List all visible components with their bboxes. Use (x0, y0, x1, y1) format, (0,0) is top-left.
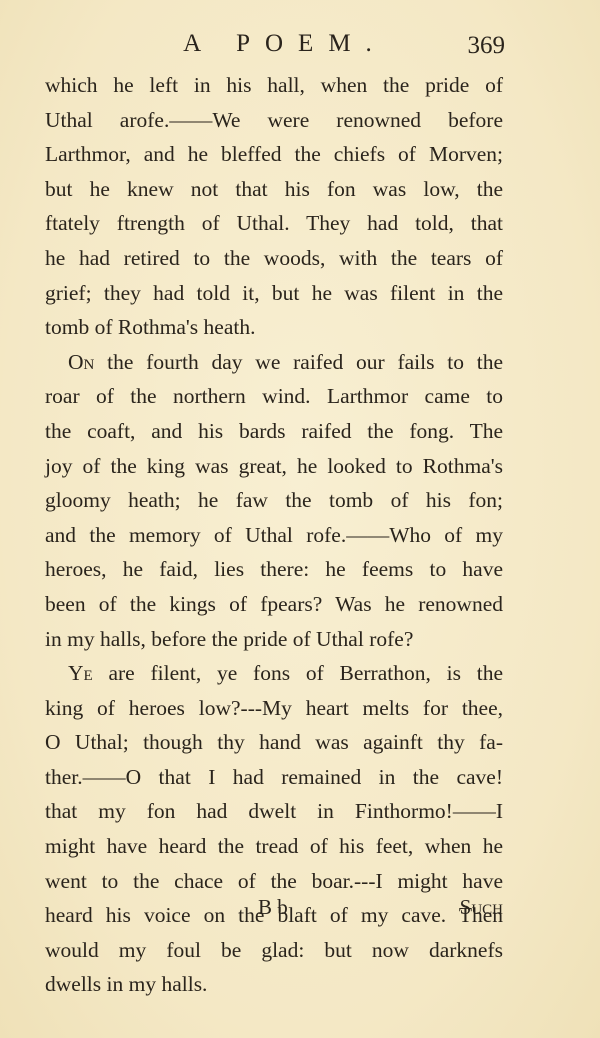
text-line: grief; they had told it, but he was file… (45, 276, 503, 311)
body-text: which he left in his hall, when the prid… (45, 68, 503, 1002)
text-line: which he left in his hall, when the prid… (45, 68, 503, 103)
page-number: 369 (468, 32, 506, 60)
page-header: A POEM. 369 (45, 28, 505, 68)
text-line: Larthmor, and he bleffed the chiefs of M… (45, 137, 503, 172)
text-line: might have heard the tread of his feet, … (45, 829, 503, 864)
text-line: king of heroes low?---My heart melts for… (45, 691, 503, 726)
text-line: and the memory of Uthal rofe.——Who of my (45, 518, 503, 553)
text-line: in my halls, before the pride of Uthal r… (45, 622, 503, 657)
text-line: dwells in my halls. (45, 967, 503, 1002)
text-line: but he knew not that his fon was low, th… (45, 172, 503, 207)
text-line-rest: the fourth day we raifed our fails to th… (94, 350, 503, 374)
text-line: the coaft, and his bards raifed the fong… (45, 414, 503, 449)
text-line: ther.——O that I had remained in the cave… (45, 760, 503, 795)
page-footer: B b Such (45, 895, 503, 925)
text-line: joy of the king was great, he looked to … (45, 449, 503, 484)
paragraph-lead-word: Ye (68, 661, 93, 685)
signature-mark: B b (258, 895, 288, 920)
paragraph-first-line: Ye are filent, ye fons of Berrathon, is … (45, 656, 503, 691)
text-line: O Uthal; though thy hand was againft thy… (45, 725, 503, 760)
running-title: A POEM. (45, 30, 505, 58)
text-line: been of the kings of fpears? Was he reno… (45, 587, 503, 622)
text-line: tomb of Rothma's heath. (45, 310, 503, 345)
text-line: that my fon had dwelt in Finthormo!——I (45, 794, 503, 829)
book-page: A POEM. 369 which he left in his hall, w… (0, 0, 600, 1038)
text-line: ftately ftrength of Uthal. They had told… (45, 206, 503, 241)
text-line-rest: are filent, ye fons of Berrathon, is the (93, 661, 503, 685)
paragraph-first-line: On the fourth day we raifed our fails to… (45, 345, 503, 380)
catchword: Such (460, 895, 503, 920)
text-line: gloomy heath; he faw the tomb of his fon… (45, 483, 503, 518)
text-line: went to the chace of the boar.---I might… (45, 864, 503, 899)
text-line: roar of the northern wind. Larthmor came… (45, 379, 503, 414)
text-line: would my foul be glad: but now darknefs (45, 933, 503, 968)
text-line: Uthal arofe.——We were renowned before (45, 103, 503, 138)
text-line: heroes, he faid, lies there: he feems to… (45, 552, 503, 587)
paragraph-lead-word: On (68, 350, 94, 374)
text-line: he had retired to the woods, with the te… (45, 241, 503, 276)
